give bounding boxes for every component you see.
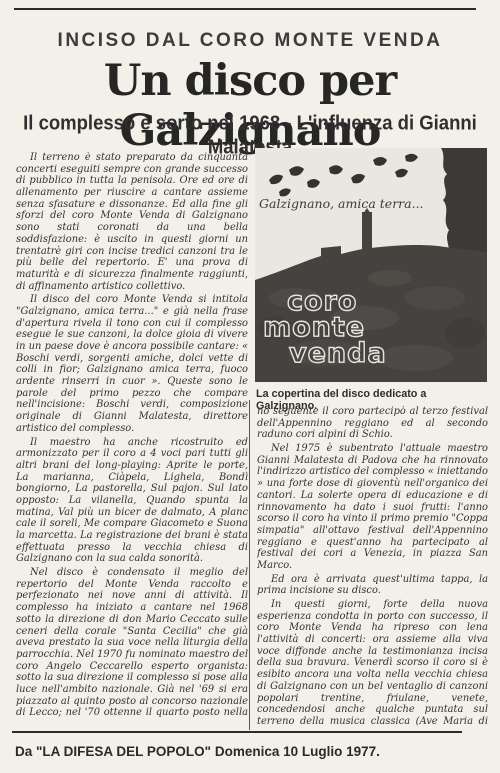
source-attribution: Da "LA DIFESA DEL POPOLO" Domenica 10 Lu… (15, 744, 495, 759)
foliage-band (441, 148, 487, 258)
paragraph: Nel 1975 è subentrato l'attuale maestro … (257, 443, 488, 572)
cover-script-text: Galzignano, amica terra... (259, 196, 424, 211)
bottom-rule (12, 731, 462, 733)
paragraph: Il terreno è stato preparato da cinquant… (16, 152, 248, 292)
top-rule (14, 8, 476, 10)
column-divider (249, 400, 250, 730)
article-left-column: Il terreno è stato preparato da cinquant… (16, 152, 248, 718)
paragraph: Ed ora è arrivata quest'ultima tappa, la… (257, 574, 488, 597)
paragraph: Nel disco è condensato il meglio del rep… (16, 567, 248, 718)
cover-title-line-3: venda (289, 338, 387, 369)
paragraph: no seguente il coro partecipò al terzo f… (257, 406, 488, 441)
paragraph: Il maestro ha anche ricostruito ed armon… (16, 437, 248, 566)
bell-tower-silhouette (362, 212, 372, 252)
record-cover-photo: Galzignano, amica terra... coro monte ve… (255, 148, 487, 382)
paragraph: Il disco del coro Monte Venda si intitol… (16, 294, 248, 434)
paragraph: In questi giorni, forte della nuova espe… (257, 599, 488, 728)
kicker: INCISO DAL CORO MONTE VENDA (0, 30, 500, 52)
article-right-column: no seguente il coro partecipò al terzo f… (257, 406, 488, 728)
